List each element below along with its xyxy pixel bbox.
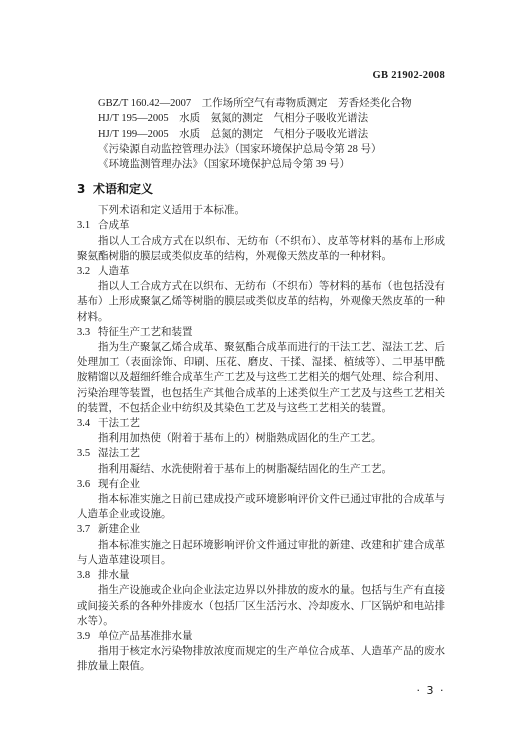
term-definition: 指以人工合成方式在以织布、无纺布（不织布）、皮革等材料的基布上形成聚氨酯树脂的膜… xyxy=(77,234,445,264)
term-number: 3.9 xyxy=(77,629,98,644)
term-block: 3.2人造革 指以人工合成方式在以织布、无纺布（不织布）等材料的基布（也包括没有… xyxy=(77,264,445,325)
term-name: 人造革 xyxy=(98,266,130,277)
term-definition: 指利用凝结、水洗使附着于基布上的树脂凝结固化的生产工艺。 xyxy=(77,462,445,477)
term-heading: 3.3特征生产工艺和装置 xyxy=(77,325,445,340)
reference-item: HJ/T 195—2005 水质 氨氮的测定 气相分子吸收光谱法 xyxy=(77,111,445,126)
term-heading: 3.6现有企业 xyxy=(77,477,445,492)
term-heading: 3.9单位产品基准排水量 xyxy=(77,629,445,644)
term-name: 单位产品基准排水量 xyxy=(98,631,193,642)
page-number: · 3 · xyxy=(77,683,445,698)
term-number: 3.7 xyxy=(77,522,98,537)
term-definition: 指生产设施或企业向企业法定边界以外排放的废水的量。包括与生产有直接或间接关系的各… xyxy=(77,583,445,629)
term-heading: 3.7新建企业 xyxy=(77,522,445,537)
term-heading: 3.5湿法工艺 xyxy=(77,446,445,461)
term-heading: 3.1合成革 xyxy=(77,218,445,233)
section-title: 术语和定义 xyxy=(93,182,153,196)
term-number: 3.1 xyxy=(77,218,98,233)
term-block: 3.4干法工艺 指利用加热使（附着于基布上的）树脂熟成固化的生产工艺。 xyxy=(77,416,445,446)
term-name: 干法工艺 xyxy=(98,418,140,429)
term-name: 特征生产工艺和装置 xyxy=(98,327,193,338)
term-number: 3.2 xyxy=(77,264,98,279)
term-number: 3.6 xyxy=(77,477,98,492)
term-definition: 指本标准实施之日前已建成投产或环境影响评价文件已通过审批的合成革与人造革企业或设… xyxy=(77,492,445,522)
term-block: 3.5湿法工艺 指利用凝结、水洗使附着于基布上的树脂凝结固化的生产工艺。 xyxy=(77,446,445,476)
term-name: 现有企业 xyxy=(98,479,140,490)
term-number: 3.3 xyxy=(77,325,98,340)
section-intro: 下列术语和定义适用于本标准。 xyxy=(77,203,445,218)
term-block: 3.1合成革 指以人工合成方式在以织布、无纺布（不织布）、皮革等材料的基布上形成… xyxy=(77,218,445,264)
references-list: GBZ/T 160.42—2007 工作场所空气有毒物质测定 芳香烃类化合物 H… xyxy=(77,96,445,172)
reference-item: 《环境监测管理办法》（国家环境保护总局令第 39 号） xyxy=(77,157,445,172)
term-number: 3.4 xyxy=(77,416,98,431)
term-definition: 指以人工合成方式在以织布、无纺布（不织布）等材料的基布（也包括没有基布）上形成聚… xyxy=(77,279,445,325)
reference-item: 《污染源自动监控管理办法》（国家环境保护总局令第 28 号） xyxy=(77,142,445,157)
term-block: 3.9单位产品基准排水量 指用于核定水污染物排放浓度而规定的生产单位合成革、人造… xyxy=(77,629,445,675)
term-name: 排水量 xyxy=(98,570,130,581)
term-number: 3.5 xyxy=(77,446,98,461)
reference-item: GBZ/T 160.42—2007 工作场所空气有毒物质测定 芳香烃类化合物 xyxy=(77,96,445,111)
term-block: 3.6现有企业 指本标准实施之日前已建成投产或环境影响评价文件已通过审批的合成革… xyxy=(77,477,445,523)
page-content: GB 21902-2008 GBZ/T 160.42—2007 工作场所空气有毒… xyxy=(77,68,445,698)
section-number: 3 xyxy=(77,181,93,198)
reference-item: HJ/T 199—2005 水质 总氮的测定 气相分子吸收光谱法 xyxy=(77,127,445,142)
term-block: 3.7新建企业 指本标准实施之日起环境影响评价文件通过审批的新建、改建和扩建合成… xyxy=(77,522,445,568)
term-definition: 指用于核定水污染物排放浓度而规定的生产单位合成革、人造革产品的废水排放量上限值。 xyxy=(77,644,445,674)
document-page: GB 21902-2008 GBZ/T 160.42—2007 工作场所空气有毒… xyxy=(0,0,516,729)
term-heading: 3.8排水量 xyxy=(77,568,445,583)
term-definition: 指为生产聚氯乙烯合成革、聚氨酯合成革而进行的干法工艺、湿法工艺、后处理加工（表面… xyxy=(77,340,445,416)
term-number: 3.8 xyxy=(77,568,98,583)
term-heading: 3.2人造革 xyxy=(77,264,445,279)
term-block: 3.3特征生产工艺和装置 指为生产聚氯乙烯合成革、聚氨酯合成革而进行的干法工艺、… xyxy=(77,325,445,416)
term-heading: 3.4干法工艺 xyxy=(77,416,445,431)
term-definition: 指利用加热使（附着于基布上的）树脂熟成固化的生产工艺。 xyxy=(77,431,445,446)
term-block: 3.8排水量 指生产设施或企业向企业法定边界以外排放的废水的量。包括与生产有直接… xyxy=(77,568,445,629)
doc-number: GB 21902-2008 xyxy=(77,68,445,83)
section-heading: 3术语和定义 xyxy=(77,181,445,198)
term-name: 合成革 xyxy=(98,220,130,231)
term-definition: 指本标准实施之日起环境影响评价文件通过审批的新建、改建和扩建合成革与人造革建设项… xyxy=(77,538,445,568)
term-name: 湿法工艺 xyxy=(98,448,140,459)
term-name: 新建企业 xyxy=(98,524,140,535)
